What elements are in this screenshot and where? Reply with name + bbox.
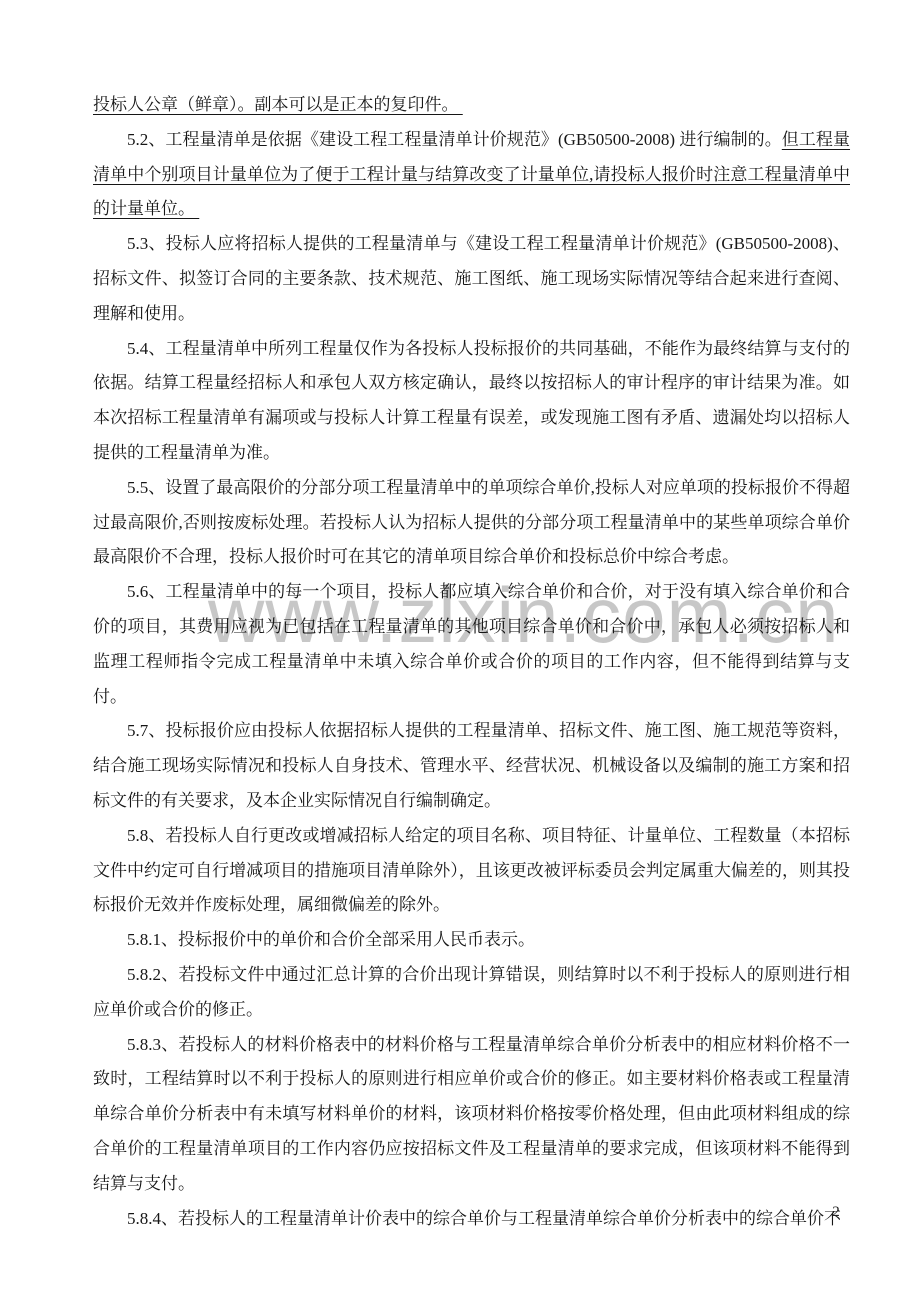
paragraph-5-4: 5.4、工程量清单中所列工程量仅作为各投标人投标报价的共同基础，不能作为最终结算…: [93, 332, 850, 471]
paragraph-5-8-1: 5.8.1、投标报价中的单价和合价全部采用人民币表示。: [93, 923, 850, 958]
body-text: 5.8.3、若投标人的材料价格表中的材料价格与工程量清单综合单价分析表中的相应材…: [93, 1035, 850, 1193]
body-text: 5.3、投标人应将招标人提供的工程量清单与《建设工程工程量清单计价规范》(GB5…: [93, 234, 850, 323]
paragraph-5-3: 5.3、投标人应将招标人提供的工程量清单与《建设工程工程量清单计价规范》(GB5…: [93, 227, 850, 331]
body-text: 5.8.4、若投标人的工程量清单计价表中的综合单价与工程量清单综合单价分析表中的…: [127, 1209, 841, 1228]
body-text: 5.2、工程量清单是依据《建设工程工程量清单计价规范》(GB50500-2008…: [127, 130, 782, 149]
document-page: www.zlxin.com.cn 投标人公章（鲜章）。副本可以是正本的复印件。 …: [0, 0, 920, 1302]
paragraph-5-8: 5.8、若投标人自行更改或增减招标人给定的项目名称、项目特征、计量单位、工程数量…: [93, 819, 850, 923]
body-text: 5.6、工程量清单中的每一个项目，投标人都应填入综合单价和合价，对于没有填入综合…: [93, 582, 850, 705]
body-text: 5.8、若投标人自行更改或增减招标人给定的项目名称、项目特征、计量单位、工程数量…: [93, 826, 850, 915]
body-text: 5.8.1、投标报价中的单价和合价全部采用人民币表示。: [127, 930, 535, 949]
paragraph-5-7: 5.7、投标报价应由投标人依据招标人提供的工程量清单、招标文件、施工图、施工规范…: [93, 714, 850, 818]
paragraph-5-5: 5.5、设置了最高限价的分部分项工程量清单中的单项综合单价,投标人对应单项的投标…: [93, 471, 850, 575]
paragraph-5-6: 5.6、工程量清单中的每一个项目，投标人都应填入综合单价和合价，对于没有填入综合…: [93, 575, 850, 714]
paragraph-5-2: 5.2、工程量清单是依据《建设工程工程量清单计价规范》(GB50500-2008…: [93, 123, 850, 227]
body-text: 5.7、投标报价应由投标人依据招标人提供的工程量清单、招标文件、施工图、施工规范…: [93, 721, 850, 810]
body-text: 5.4、工程量清单中所列工程量仅作为各投标人投标报价的共同基础，不能作为最终结算…: [93, 339, 850, 462]
body-text: 5.5、设置了最高限价的分部分项工程量清单中的单项综合单价,投标人对应单项的投标…: [93, 478, 850, 567]
paragraph-carryover: 投标人公章（鲜章）。副本可以是正本的复印件。: [93, 88, 850, 123]
paragraph-5-8-3: 5.8.3、若投标人的材料价格表中的材料价格与工程量清单综合单价分析表中的相应材…: [93, 1028, 850, 1202]
paragraph-5-8-2: 5.8.2、若投标文件中通过汇总计算的合价出现计算错误，则结算时以不利于投标人的…: [93, 958, 850, 1028]
underlined-text: 投标人公章（鲜章）。副本可以是正本的复印件。: [93, 95, 463, 114]
page-number: 2: [824, 1204, 848, 1221]
paragraph-5-8-4: 5.8.4、若投标人的工程量清单计价表中的综合单价与工程量清单综合单价分析表中的…: [93, 1202, 850, 1237]
document-content: 投标人公章（鲜章）。副本可以是正本的复印件。 5.2、工程量清单是依据《建设工程…: [93, 88, 850, 1236]
body-text: 5.8.2、若投标文件中通过汇总计算的合价出现计算错误，则结算时以不利于投标人的…: [93, 965, 850, 1019]
